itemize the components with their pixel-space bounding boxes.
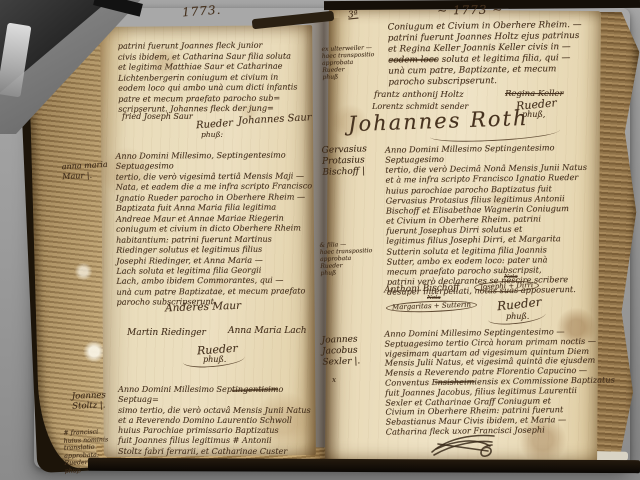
entry-joannes-jacobus-sexler: Anno Domini Millesimo Septingentesimo — … [384, 326, 615, 437]
signature-anna-maria-lach: Anna Maria Lach [228, 326, 307, 336]
left-year-heading: 1773. [182, 3, 222, 20]
nota-label-1: Nota [504, 274, 518, 280]
margin-note-anna-maria: anna maria Maur |. [62, 160, 109, 181]
scanned-register-photo: 2ª 1773. patrini fuerunt Joannes fleck j… [0, 0, 640, 480]
left-continuation-entry: patrini fuerunt Joannes fleck junior civ… [118, 39, 317, 114]
right-continuation-entry: Coniugum et Civium in Oberhere Rheim. — … [388, 19, 615, 88]
margin-note-joannes-stoltz: Joannes Stoltz |. [72, 390, 107, 411]
signature-martin-riedinger: Martin Riedinger [127, 328, 206, 338]
entry-joannes-stoltz: Anno Domini Millesimo Septingentisimo Se… [118, 384, 316, 456]
entry-gervasius-protasius: Anno Domini Millesimo Septingentesimo Se… [385, 141, 615, 297]
entry-anna-maria-maur: Anno Domini Millesimo, Septingentesimo S… [115, 149, 316, 307]
signature-fried-joseph-saur: fried Joseph Saur [122, 112, 193, 121]
margin-note-gervasius-bischoff: Gervasius Protasius Bischoff | [321, 144, 367, 179]
margin-note-francisci: # francisci huius nominis translatio app… [63, 428, 109, 475]
margin-note-ulterweiler: ex ulterweiler — haec transpositio appro… [321, 44, 375, 81]
signature-rueder-1-title: phuß: [201, 130, 223, 139]
signature-frantz-anthonij-holtz: frantz anthonij Holtz [374, 90, 464, 100]
crossed-out-signature-scribble [428, 430, 500, 460]
right-year-heading: ~ 1773 ~ [437, 2, 504, 17]
margin-note-x-mark: x [332, 376, 336, 384]
right-page-number: 3ª [348, 10, 359, 21]
book-cover-bottom-edge [88, 458, 640, 473]
margin-note-filia: & filia — haec transpositio approbata Ru… [319, 240, 373, 277]
margin-note-joannes-jacobus-sexler: Joannes Jacobus Sexler |. [321, 334, 360, 368]
